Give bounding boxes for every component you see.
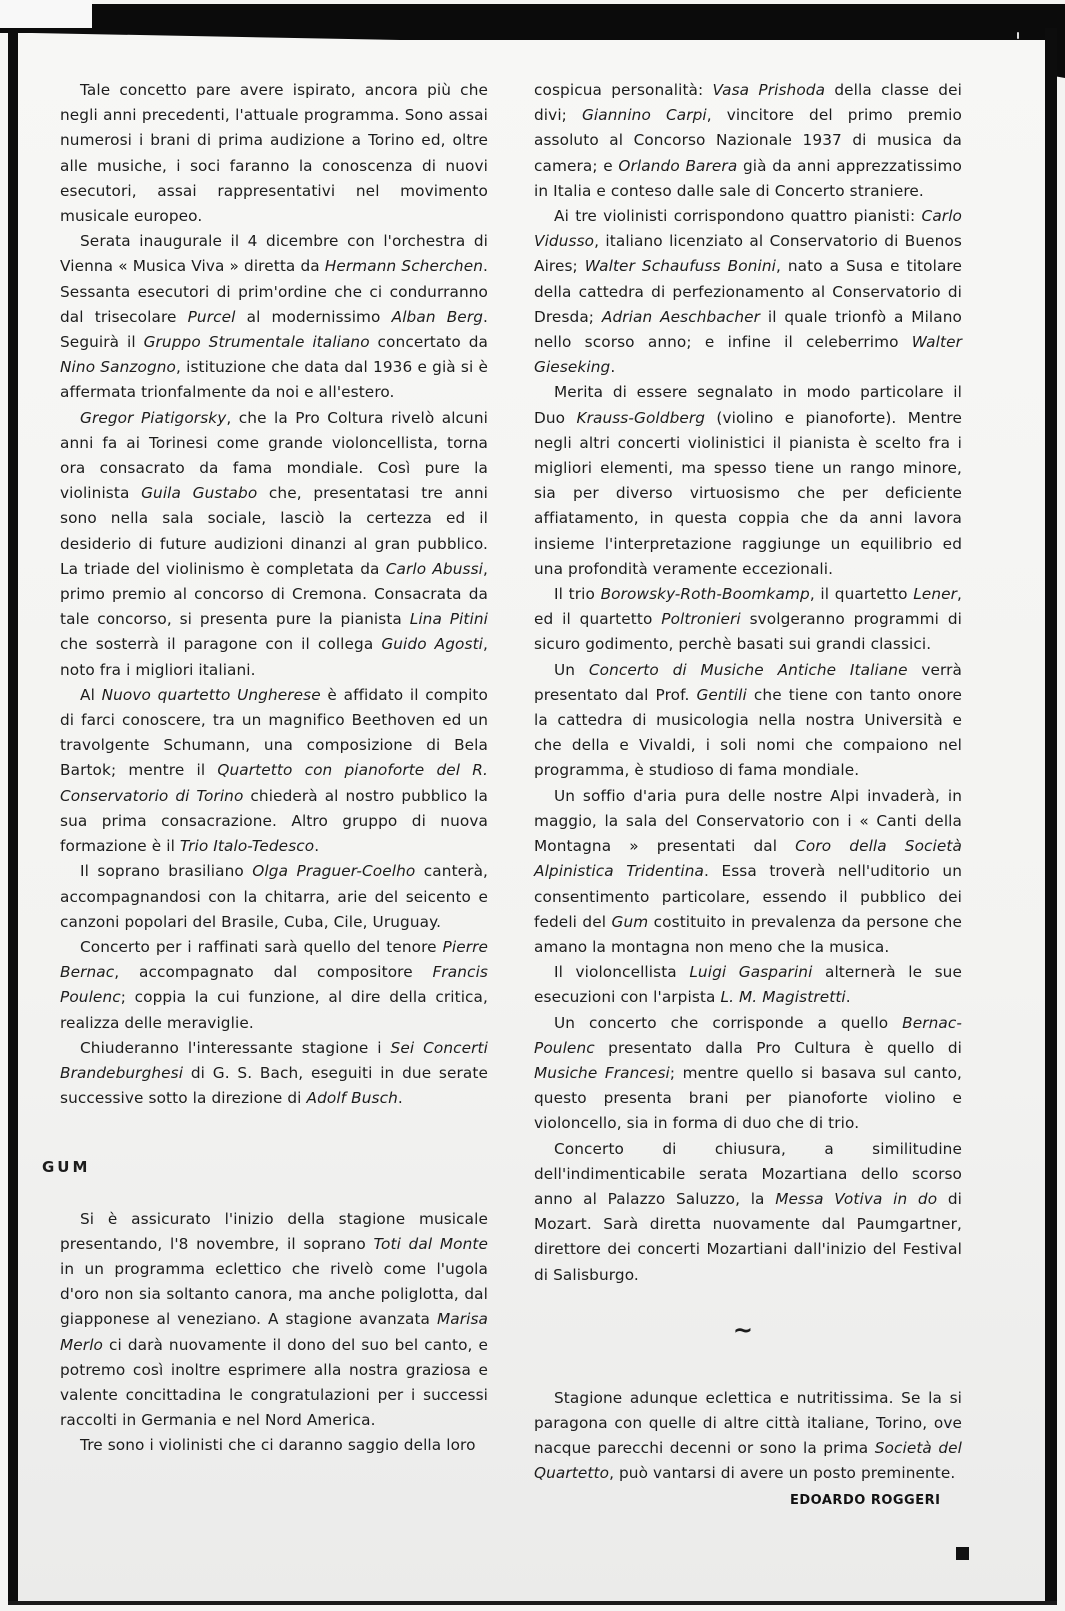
author-signature: EDOARDO ROGGERI — [790, 1493, 940, 1508]
italic-name: Borowsky-Roth-Boomkamp — [601, 585, 810, 603]
italic-name: Gregor Piatigorsky — [80, 409, 226, 427]
italic-name: Adolf Busch — [307, 1089, 398, 1107]
paragraph: Tre sono i violinisti che ci daranno sag… — [60, 1433, 488, 1458]
paragraph: Si è assicurato l'inizio della stagione … — [60, 1207, 488, 1434]
article-column-right: cospicua personalità: Vasa Prishoda dell… — [534, 78, 962, 1487]
paragraph: Stagione adunque eclettica e nutritissim… — [534, 1386, 962, 1487]
italic-name: Nuovo quartetto Ungherese — [102, 686, 321, 704]
paragraph: Concerto di chiusura, a similitudine del… — [534, 1137, 962, 1288]
italic-name: Lina Pitini — [410, 610, 488, 628]
gum-paragraphs: Si è assicurato l'inizio della stagione … — [60, 1207, 488, 1459]
italic-name: Gruppo Strumentale italiano — [144, 333, 370, 351]
paragraph: Un concerto che corrisponde a quello Ber… — [534, 1011, 962, 1137]
section-heading-gum: GUM — [42, 1155, 488, 1180]
italic-name: Orlando Barera — [618, 157, 737, 175]
italic-name: Nino Sanzogno — [60, 358, 176, 376]
scan-border-left — [8, 30, 18, 1605]
paragraph: Un soffio d'aria pura delle nostre Alpi … — [534, 784, 962, 960]
italic-name: Hermann Scherchen — [325, 257, 483, 275]
left-paragraphs: Tale concetto pare avere ispirato, ancor… — [60, 78, 488, 1111]
italic-name: Alban Berg — [392, 308, 483, 326]
paragraph: Gregor Piatigorsky, che la Pro Coltura r… — [60, 406, 488, 683]
italic-name: Musiche Francesi — [534, 1064, 670, 1082]
italic-name: Adrian Aeschbacher — [602, 308, 760, 326]
italic-name: Olga Praguer-Coelho — [252, 862, 415, 880]
paragraph: Merita di essere segnalato in modo parti… — [534, 380, 962, 582]
closing-paragraphs: Stagione adunque eclettica e nutritissim… — [534, 1386, 962, 1487]
italic-name: Gum — [612, 913, 649, 931]
italic-name: Krauss-Goldberg — [576, 409, 705, 427]
scan-border-top — [92, 4, 1065, 30]
paragraph: Serata inaugurale il 4 dicembre con l'or… — [60, 229, 488, 405]
page-margin-top-left — [0, 0, 92, 30]
italic-name: Guido Agosti — [381, 635, 483, 653]
scan-border-right — [1045, 28, 1057, 1603]
italic-name: Lener — [913, 585, 957, 603]
italic-name: L. M. Magistretti — [720, 988, 845, 1006]
italic-name: Toti dal Monte — [373, 1235, 488, 1253]
paragraph: Il soprano brasiliano Olga Praguer-Coelh… — [60, 859, 488, 935]
page-number: 55 — [956, 1547, 969, 1560]
italic-name: Vasa Prishoda — [713, 81, 826, 99]
italic-name: Guila Gustabo — [141, 484, 257, 502]
paragraph: Ai tre violinisti corrispondono quattro … — [534, 204, 962, 380]
paragraph: Un Concerto di Musiche Antiche Italiane … — [534, 658, 962, 784]
ornament-dash-icon: ~ — [534, 1318, 962, 1342]
italic-name: Walter Schaufuss Bonini — [585, 257, 776, 275]
right-paragraphs: cospicua personalità: Vasa Prishoda dell… — [534, 78, 962, 1288]
italic-name: Carlo Abussi — [386, 560, 483, 578]
paragraph: Chiuderanno l'interessante stagione i Se… — [60, 1036, 488, 1112]
scan-border-bottom — [8, 1601, 1057, 1605]
paragraph: Il trio Borowsky-Roth-Boomkamp, il quart… — [534, 582, 962, 658]
italic-name: Messa Votiva in do — [775, 1190, 937, 1208]
paragraph: cospicua personalità: Vasa Prishoda dell… — [534, 78, 962, 204]
italic-name: Luigi Gasparini — [689, 963, 812, 981]
paragraph: Concerto per i raffinati sarà quello del… — [60, 935, 488, 1036]
italic-name: Gentili — [696, 686, 746, 704]
scan-speck — [1017, 32, 1019, 39]
italic-name: Concerto di Musiche Antiche Italiane — [589, 661, 908, 679]
article-column-left: Tale concetto pare avere ispirato, ancor… — [60, 78, 488, 1459]
paragraph: Il violoncellista Luigi Gasparini altern… — [534, 960, 962, 1010]
paragraph: Al Nuovo quartetto Ungherese è affidato … — [60, 683, 488, 859]
italic-name: Giannino Carpi — [582, 106, 707, 124]
italic-name: Purcel — [188, 308, 236, 326]
italic-name: Poltronieri — [661, 610, 740, 628]
paragraph: Tale concetto pare avere ispirato, ancor… — [60, 78, 488, 229]
italic-name: Trio Italo-Tedesco — [180, 837, 314, 855]
